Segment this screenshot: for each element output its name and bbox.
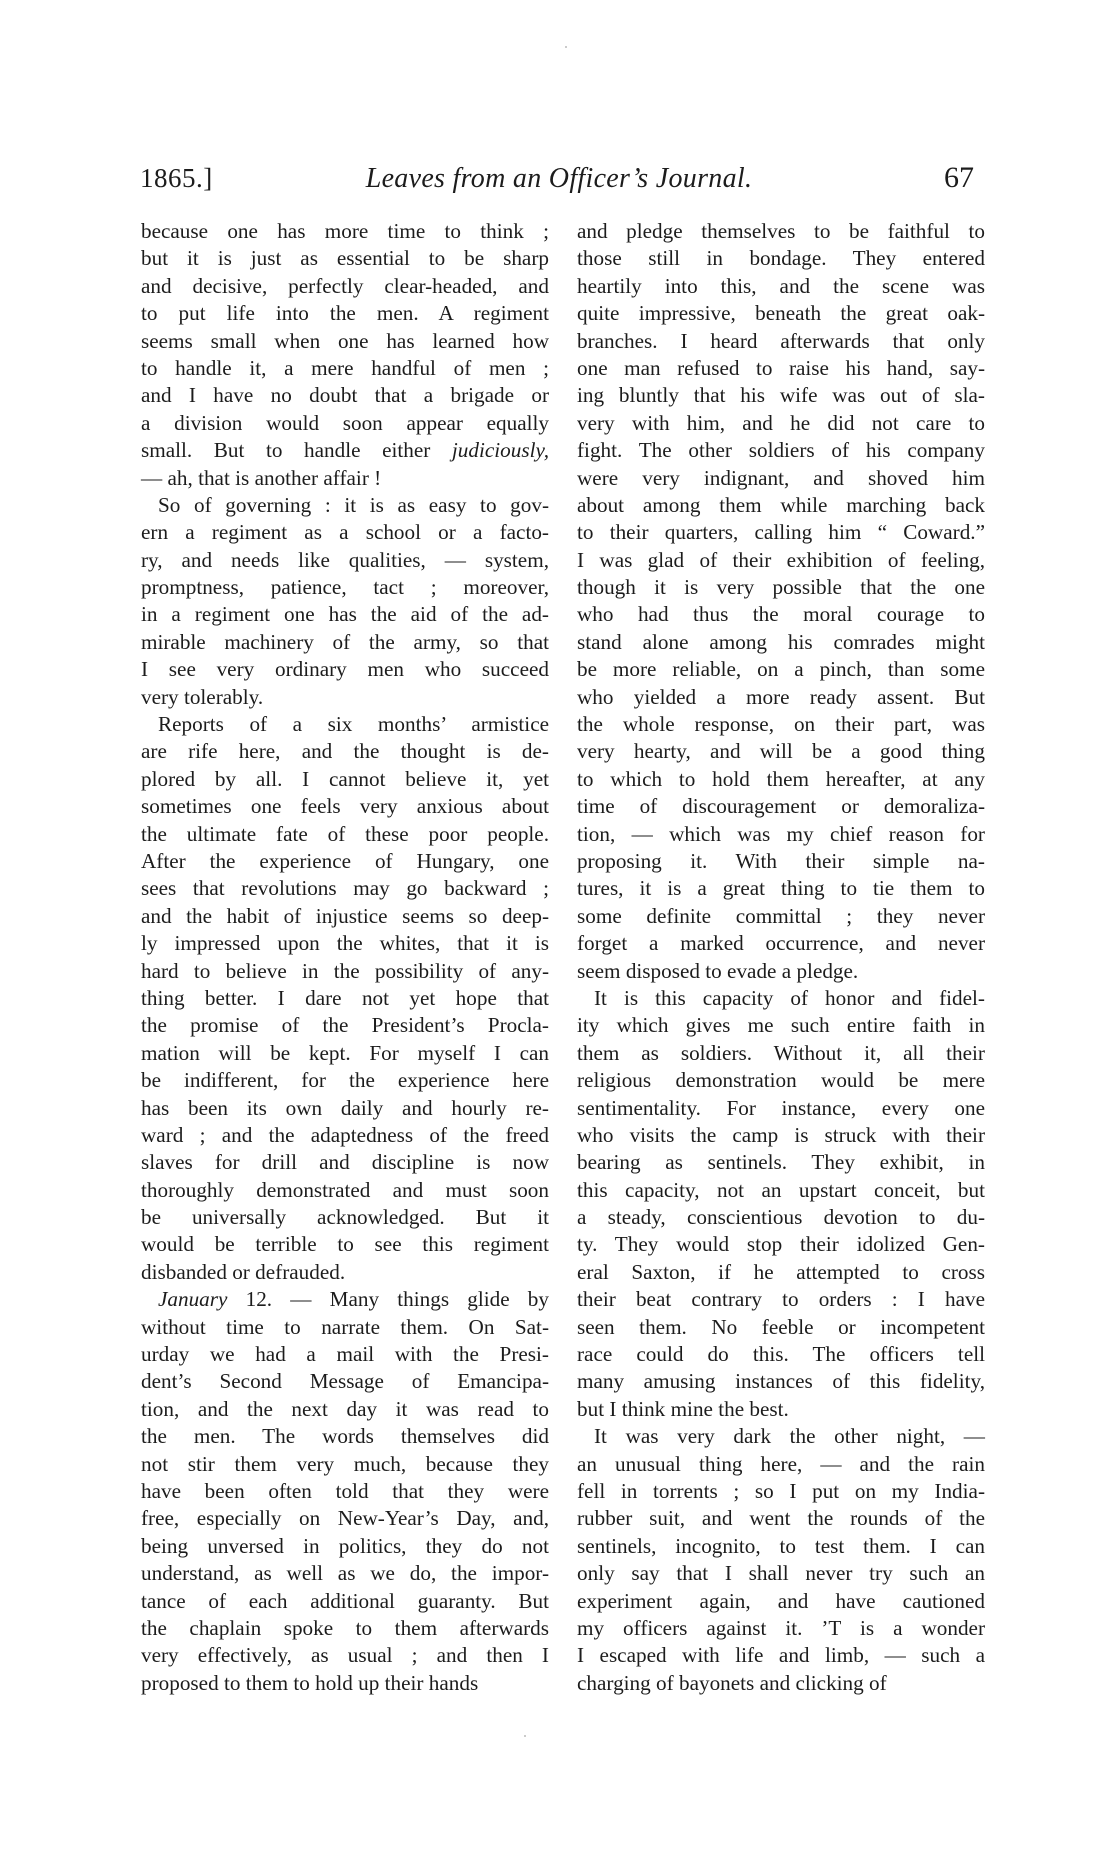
text-line: thoroughly demonstrated and must soon <box>141 1177 549 1204</box>
text-line: disbanded or defrauded. <box>141 1259 549 1286</box>
text-line: bearing as sentinels. They exhibit, in <box>577 1149 985 1176</box>
text-line: would be terrible to see this regiment <box>141 1231 549 1258</box>
text-line: their beat contrary to orders : I have <box>577 1286 985 1313</box>
text-line: only say that I shall never try such an <box>577 1560 985 1587</box>
text-line: plored by all. I cannot believe it, yet <box>141 766 549 793</box>
text-line: sentinels, incognito, to test them. I ca… <box>577 1533 985 1560</box>
text-line: fight. The other soldiers of his company <box>577 437 985 464</box>
text-line: them as soldiers. Without it, all their <box>577 1040 985 1067</box>
text-line: those still in bondage. They entered <box>577 245 985 272</box>
text-line: seen them. No feeble or incompetent <box>577 1314 985 1341</box>
text-line: be universally acknowledged. But it <box>141 1204 549 1231</box>
text-line: mation will be kept. For myself I can <box>141 1040 549 1067</box>
text-line: to handle it, a mere handful of men ; <box>141 355 549 382</box>
text-line: and pledge themselves to be faithful to <box>577 218 985 245</box>
text-line: mirable machinery of the army, so that <box>141 629 549 656</box>
text-line: promptness, patience, tact ; moreover, <box>141 574 549 601</box>
text-line: race could do this. The officers tell <box>577 1341 985 1368</box>
text-line: ern a regiment as a school or a facto- <box>141 519 549 546</box>
text-line: I see very ordinary men who succeed <box>141 656 549 683</box>
text-line: but it is just as essential to be sharp <box>141 245 549 272</box>
text-line: many amusing instances of this fidelity, <box>577 1368 985 1395</box>
text-line: because one has more time to think ; <box>141 218 549 245</box>
text-line: a steady, conscientious devotion to du- <box>577 1204 985 1231</box>
text-line: ry, and needs like qualities, — system, <box>141 547 549 574</box>
text-line: some definite committal ; they never <box>577 903 985 930</box>
text-line: the ultimate fate of these poor people. <box>141 821 549 848</box>
text-line: very hearty, and will be a good thing <box>577 738 985 765</box>
text-line: small. But to handle either judiciously, <box>141 437 549 464</box>
text-line: charging of bayonets and clicking of <box>577 1670 985 1697</box>
text-line: to put life into the men. A regiment <box>141 300 549 327</box>
text-line: sentimentality. For instance, every one <box>577 1095 985 1122</box>
text-line: in a regiment one has the aid of the ad- <box>141 601 549 628</box>
text-line: the promise of the President’s Procla- <box>141 1012 549 1039</box>
text-line: who visits the camp is struck with their <box>577 1122 985 1149</box>
text-line: heartily into this, and the scene was <box>577 273 985 300</box>
text-line: religious demonstration would be mere <box>577 1067 985 1094</box>
text-line: I escaped with life and limb, — such a <box>577 1642 985 1669</box>
text-line: Reports of a six months’ armistice <box>141 711 549 738</box>
text-line: who yielded a more ready assent. But <box>577 684 985 711</box>
scan-speck <box>565 46 567 48</box>
text-line: forget a marked occurrence, and never <box>577 930 985 957</box>
text-line: quite impressive, beneath the great oak- <box>577 300 985 327</box>
text-line: though it is very possible that the one <box>577 574 985 601</box>
running-head: 1865.] Leaves from an Officer’s Journal.… <box>140 163 978 203</box>
running-head-title: Leaves from an Officer’s Journal. <box>140 163 978 195</box>
text-line: and I have no doubt that a brigade or <box>141 382 549 409</box>
italic-emphasis: judiciously, <box>452 438 549 462</box>
entry-date: January <box>158 1287 227 1311</box>
text-line: slaves for drill and discipline is now <box>141 1149 549 1176</box>
text-line: one man refused to raise his hand, say- <box>577 355 985 382</box>
text-line: are rife here, and the thought is de- <box>141 738 549 765</box>
text-line: fell in torrents ; so I put on my India- <box>577 1478 985 1505</box>
text-line: my officers against it. ’T is a wonder <box>577 1615 985 1642</box>
scan-speck <box>524 1735 526 1737</box>
text-line: proposing it. With their simple na- <box>577 848 985 875</box>
text-line: tion, and the next day it was read to <box>141 1396 549 1423</box>
text-line: about among them while marching back <box>577 492 985 519</box>
text-line: urday we had a mail with the Presi- <box>141 1341 549 1368</box>
text-line: the chaplain spoke to them afterwards <box>141 1615 549 1642</box>
text-line: and decisive, perfectly clear-headed, an… <box>141 273 549 300</box>
text-line: the men. The words themselves did <box>141 1423 549 1450</box>
text-line: the whole response, on their part, was <box>577 711 985 738</box>
text-line: tion, — which was my chief reason for <box>577 821 985 848</box>
left-column: because one has more time to think ;but … <box>141 218 549 1697</box>
text-line: ity which gives me such entire faith in <box>577 1012 985 1039</box>
text-line: understand, as well as we do, the impor- <box>141 1560 549 1587</box>
text-line: a division would soon appear equally <box>141 410 549 437</box>
text-line: being unversed in politics, they do not <box>141 1533 549 1560</box>
text-line: ing bluntly that his wife was out of sla… <box>577 382 985 409</box>
text-line: ly impressed upon the whites, that it is <box>141 930 549 957</box>
text-line: have been often told that they were <box>141 1478 549 1505</box>
text-line: to their quarters, calling him “ Coward.… <box>577 519 985 546</box>
text-line: branches. I heard afterwards that only <box>577 328 985 355</box>
text-line: an unusual thing here, — and the rain <box>577 1451 985 1478</box>
text-line: I was glad of their exhibition of feelin… <box>577 547 985 574</box>
text-line: — ah, that is another affair ! <box>141 465 549 492</box>
text-line: were very indignant, and shoved him <box>577 465 985 492</box>
text-line: dent’s Second Message of Emancipa- <box>141 1368 549 1395</box>
text-line: So of governing : it is as easy to gov- <box>141 492 549 519</box>
right-column: and pledge themselves to be faithful tot… <box>577 218 985 1697</box>
text-line: ward ; and the adaptedness of the freed <box>141 1122 549 1149</box>
text-line: hard to believe in the possibility of an… <box>141 958 549 985</box>
text-line: very tolerably. <box>141 684 549 711</box>
text-line: thing better. I dare not yet hope that <box>141 985 549 1012</box>
text-line: eral Saxton, if he attempted to cross <box>577 1259 985 1286</box>
text-line: sometimes one feels very anxious about <box>141 793 549 820</box>
text-line: be indifferent, for the experience here <box>141 1067 549 1094</box>
text-line: but I think mine the best. <box>577 1396 985 1423</box>
text-line: time of discouragement or demoraliza- <box>577 793 985 820</box>
text-line: this capacity, not an upstart conceit, b… <box>577 1177 985 1204</box>
text-line: not stir them very much, because they <box>141 1451 549 1478</box>
text-line: It was very dark the other night, — <box>577 1423 985 1450</box>
text-line: tance of each additional guaranty. But <box>141 1588 549 1615</box>
text-line: proposed to them to hold up their hands <box>141 1670 549 1697</box>
text-line: without time to narrate them. On Sat- <box>141 1314 549 1341</box>
text-line: experiment again, and have cautioned <box>577 1588 985 1615</box>
text-line: stand alone among his comrades might <box>577 629 985 656</box>
text-line: free, especially on New-Year’s Day, and, <box>141 1505 549 1532</box>
text-line: and the habit of injustice seems so deep… <box>141 903 549 930</box>
page-number: 67 <box>944 161 974 195</box>
text-line: seem disposed to evade a pledge. <box>577 958 985 985</box>
text-line: has been its own daily and hourly re- <box>141 1095 549 1122</box>
text-line: January 12. — Many things glide by <box>141 1286 549 1313</box>
text-line: very effectively, as usual ; and then I <box>141 1642 549 1669</box>
text-line: who had thus the moral courage to <box>577 601 985 628</box>
text-line: very with him, and he did not care to <box>577 410 985 437</box>
text-line: be more reliable, on a pinch, than some <box>577 656 985 683</box>
text-line: sees that revolutions may go backward ; <box>141 875 549 902</box>
text-line: ty. They would stop their idolized Gen- <box>577 1231 985 1258</box>
text-line: After the experience of Hungary, one <box>141 848 549 875</box>
text-run: small. But to handle either <box>141 438 452 462</box>
text-line: to which to hold them hereafter, at any <box>577 766 985 793</box>
text-line: It is this capacity of honor and fidel- <box>577 985 985 1012</box>
text-line: seems small when one has learned how <box>141 328 549 355</box>
text-run: 12. — Many things glide by <box>227 1287 549 1311</box>
text-line: rubber suit, and went the rounds of the <box>577 1505 985 1532</box>
text-line: tures, it is a great thing to tie them t… <box>577 875 985 902</box>
